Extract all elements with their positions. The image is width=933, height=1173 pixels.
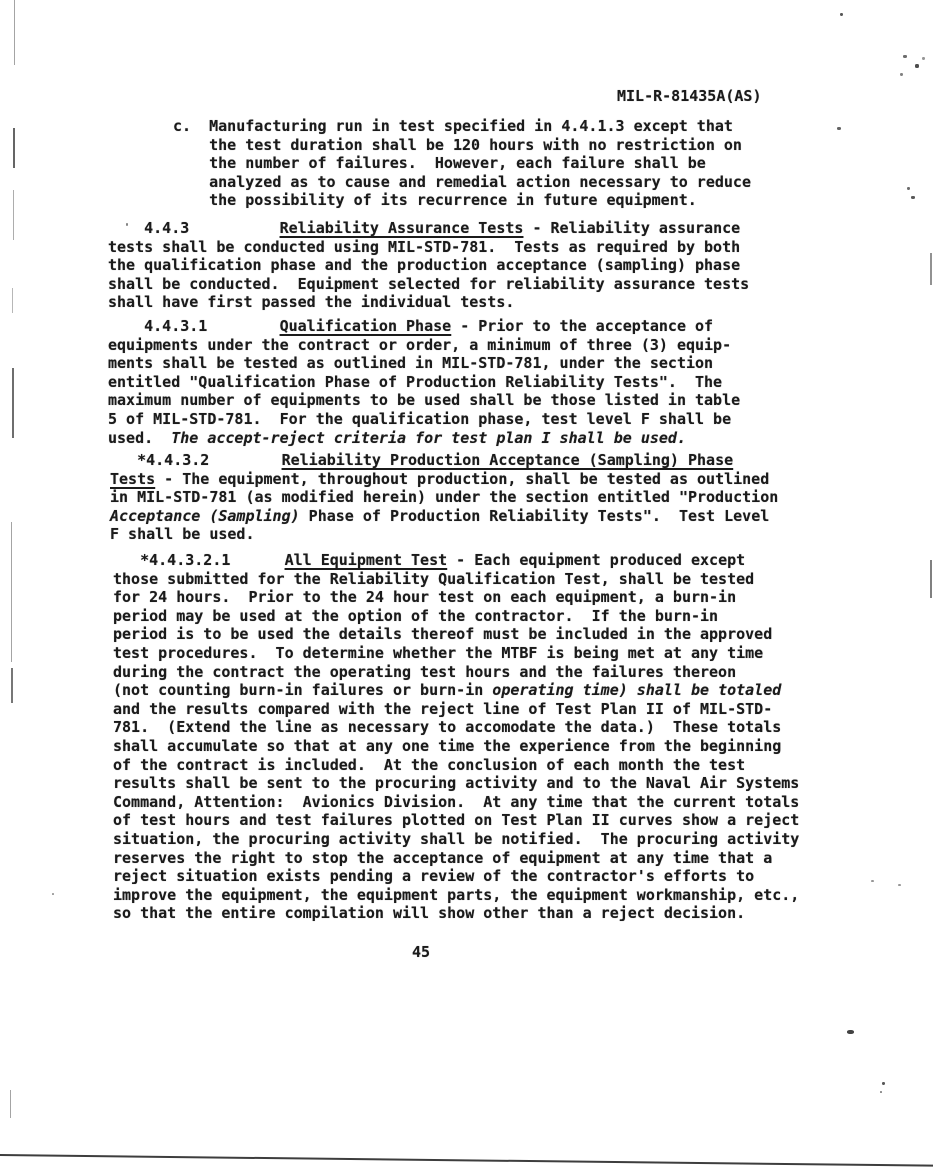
scan-speckle — [880, 1091, 882, 1093]
text-line: of test hours and test failures plotted … — [113, 811, 799, 830]
text-line: used. The accept-reject criteria for tes… — [108, 429, 740, 448]
text-segment: shall accumulate so that at any one time… — [113, 737, 781, 755]
text-line: ments shall be tested as outlined in MIL… — [108, 354, 740, 373]
scan-speckle — [882, 1082, 885, 1085]
text-line: 781. (Extend the line as necessary to ac… — [113, 718, 799, 737]
page-bottom-edge — [0, 1154, 933, 1167]
scan-speckle — [903, 55, 907, 58]
text-segment: The accept-reject criteria for test plan… — [171, 429, 686, 447]
document-number: MIL-R-81435A(AS) — [617, 87, 762, 105]
text-segment: - Reliability assurance — [523, 219, 740, 237]
text-segment: reject situation exists pending a review… — [113, 867, 754, 885]
text-line: period may be used at the option of the … — [113, 607, 799, 626]
text-segment: the test duration shall be 120 hours wit… — [173, 136, 742, 154]
scan-speckle — [915, 64, 919, 68]
text-line: entitled "Qualification Phase of Product… — [108, 373, 740, 392]
text-segment: - The equipment, throughout production, … — [155, 470, 769, 488]
scan-line-left — [13, 128, 15, 168]
text-segment: improve the equipment, the equipment par… — [113, 886, 799, 904]
text-segment: used. — [108, 429, 171, 447]
text-segment: 5 of MIL-STD-781. For the qualification … — [108, 410, 731, 428]
text-line: analyzed as to cause and remedial action… — [173, 173, 751, 192]
text-segment: those submitted for the Reliability Qual… — [113, 570, 754, 588]
scan-speckle — [847, 1030, 854, 1034]
scan-speckle — [840, 13, 843, 16]
paragraph-s4432: *4.4.3.2 Reliability Production Acceptan… — [110, 451, 778, 544]
text-segment: 4.4.3 — [108, 219, 280, 237]
text-line: improve the equipment, the equipment par… — [113, 886, 799, 905]
text-line: shall be conducted. Equipment selected f… — [108, 275, 749, 294]
text-line: the number of failures. However, each fa… — [173, 154, 751, 173]
text-segment: results shall be sent to the procuring a… — [113, 774, 799, 792]
text-line: results shall be sent to the procuring a… — [113, 774, 799, 793]
text-line: and the results compared with the reject… — [113, 700, 799, 719]
text-segment: and the results compared with the reject… — [113, 700, 772, 718]
scan-line-left — [14, 0, 15, 65]
text-segment: Acceptance (Sampling) — [110, 507, 300, 525]
text-line: c. Manufacturing run in test specified i… — [173, 117, 751, 136]
scan-speckle — [871, 880, 874, 882]
text-segment: c. Manufacturing run in test specified i… — [173, 117, 733, 135]
text-segment: Command, Attention: Avionics Division. A… — [113, 793, 799, 811]
scan-line-left — [12, 288, 13, 313]
scan-line-left — [11, 522, 12, 662]
text-line: during the contract the operating test h… — [113, 663, 799, 682]
text-line: 4.4.3 Reliability Assurance Tests - Reli… — [108, 219, 749, 238]
paragraph-s443: 4.4.3 Reliability Assurance Tests - Reli… — [108, 219, 749, 312]
text-segment: shall have first passed the individual t… — [108, 293, 514, 311]
page-number: 45 — [412, 943, 430, 961]
scan-speckle — [52, 893, 54, 895]
text-line: 4.4.3.1 Qualification Phase - Prior to t… — [108, 317, 740, 336]
scan-speckle — [922, 57, 925, 60]
text-line: equipments under the contract or order, … — [108, 336, 740, 355]
text-line: F shall be used. — [110, 525, 778, 544]
text-segment: during the contract the operating test h… — [113, 663, 736, 681]
text-line: Command, Attention: Avionics Division. A… — [113, 793, 799, 812]
text-line: of the contract is included. At the conc… — [113, 756, 799, 775]
text-line: in MIL-STD-781 (as modified herein) unde… — [110, 488, 778, 507]
text-segment: in MIL-STD-781 (as modified herein) unde… — [110, 488, 778, 506]
text-line: situation, the procuring activity shall … — [113, 830, 799, 849]
underlined-heading-text: Qualification Phase — [280, 317, 452, 335]
text-segment: the number of failures. However, each fa… — [173, 154, 706, 172]
paragraph-c: c. Manufacturing run in test specified i… — [173, 117, 751, 210]
text-line: the test duration shall be 120 hours wit… — [173, 136, 751, 155]
text-segment: the qualification phase and the producti… — [108, 256, 740, 274]
scan-line-left — [10, 1090, 11, 1118]
underlined-heading-text: Tests — [110, 470, 155, 488]
text-segment: Phase of Production Reliability Tests". … — [300, 507, 770, 525]
text-segment: entitled "Qualification Phase of Product… — [108, 373, 722, 391]
scan-line-left — [11, 668, 13, 703]
document-page: MIL-R-81435A(AS) c. Manufacturing run in… — [0, 0, 933, 1173]
scan-line-right — [930, 560, 932, 598]
scan-speckle — [898, 884, 901, 886]
scan-speckle — [907, 187, 910, 190]
scan-speckle — [837, 127, 841, 130]
text-segment: *4.4.3.2.1 — [113, 551, 285, 569]
text-segment: *4.4.3.2 — [110, 451, 282, 469]
text-segment: reserves the right to stop the acceptanc… — [113, 849, 772, 867]
text-line: maximum number of equipments to be used … — [108, 391, 740, 410]
text-line: (not counting burn-in failures or burn-i… — [113, 681, 799, 700]
scan-speckle — [900, 73, 903, 76]
text-segment: - Each equipment produced except — [447, 551, 745, 569]
underlined-heading-text: All Equipment Test — [285, 551, 448, 569]
text-line: *4.4.3.2.1 All Equipment Test - Each equ… — [113, 551, 799, 570]
text-line: reserves the right to stop the acceptanc… — [113, 849, 799, 868]
text-line: tests shall be conducted using MIL-STD-7… — [108, 238, 749, 257]
text-segment: - Prior to the acceptance of — [451, 317, 713, 335]
text-segment: of the contract is included. At the conc… — [113, 756, 745, 774]
text-segment: of test hours and test failures plotted … — [113, 811, 799, 829]
text-line: for 24 hours. Prior to the 24 hour test … — [113, 588, 799, 607]
text-segment: (not counting burn-in failures or burn-i… — [113, 681, 492, 699]
text-line: Acceptance (Sampling) Phase of Productio… — [110, 507, 778, 526]
text-line: the possibility of its recurrence in fut… — [173, 191, 751, 210]
text-segment: analyzed as to cause and remedial action… — [173, 173, 751, 191]
text-line: test procedures. To determine whether th… — [113, 644, 799, 663]
scan-speckle — [126, 223, 128, 226]
text-segment: for 24 hours. Prior to the 24 hour test … — [113, 588, 736, 606]
text-segment: so that the entire compilation will show… — [113, 904, 745, 922]
text-line: the qualification phase and the producti… — [108, 256, 749, 275]
underlined-heading-text: Reliability Assurance Tests — [280, 219, 524, 237]
text-segment: the possibility of its recurrence in fut… — [173, 191, 697, 209]
text-segment: F shall be used. — [110, 525, 255, 543]
text-segment: shall be conducted. Equipment selected f… — [108, 275, 749, 293]
text-segment: ments shall be tested as outlined in MIL… — [108, 354, 713, 372]
text-segment: period is to be used the details thereof… — [113, 625, 772, 643]
text-segment: operating time) shall be totaled — [492, 681, 781, 699]
scan-line-left — [13, 190, 14, 240]
underlined-heading-text: Reliability Production Acceptance (Sampl… — [282, 451, 734, 469]
text-segment: period may be used at the option of the … — [113, 607, 718, 625]
text-segment: 781. (Extend the line as necessary to ac… — [113, 718, 781, 736]
text-line: period is to be used the details thereof… — [113, 625, 799, 644]
text-line: 5 of MIL-STD-781. For the qualification … — [108, 410, 740, 429]
text-segment: tests shall be conducted using MIL-STD-7… — [108, 238, 740, 256]
text-line: *4.4.3.2 Reliability Production Acceptan… — [110, 451, 778, 470]
scan-speckle — [911, 196, 915, 199]
paragraph-s44321: *4.4.3.2.1 All Equipment Test - Each equ… — [113, 551, 799, 923]
text-line: those submitted for the Reliability Qual… — [113, 570, 799, 589]
text-line: reject situation exists pending a review… — [113, 867, 799, 886]
text-segment: 4.4.3.1 — [108, 317, 280, 335]
text-line: shall have first passed the individual t… — [108, 293, 749, 312]
text-segment: situation, the procuring activity shall … — [113, 830, 799, 848]
text-segment: maximum number of equipments to be used … — [108, 391, 740, 409]
text-line: shall accumulate so that at any one time… — [113, 737, 799, 756]
text-line: so that the entire compilation will show… — [113, 904, 799, 923]
scan-line-left — [12, 368, 14, 438]
scan-line-right — [930, 253, 932, 285]
text-segment: test procedures. To determine whether th… — [113, 644, 763, 662]
text-line: Tests - The equipment, throughout produc… — [110, 470, 778, 489]
paragraph-s4431: 4.4.3.1 Qualification Phase - Prior to t… — [108, 317, 740, 447]
text-segment: equipments under the contract or order, … — [108, 336, 731, 354]
